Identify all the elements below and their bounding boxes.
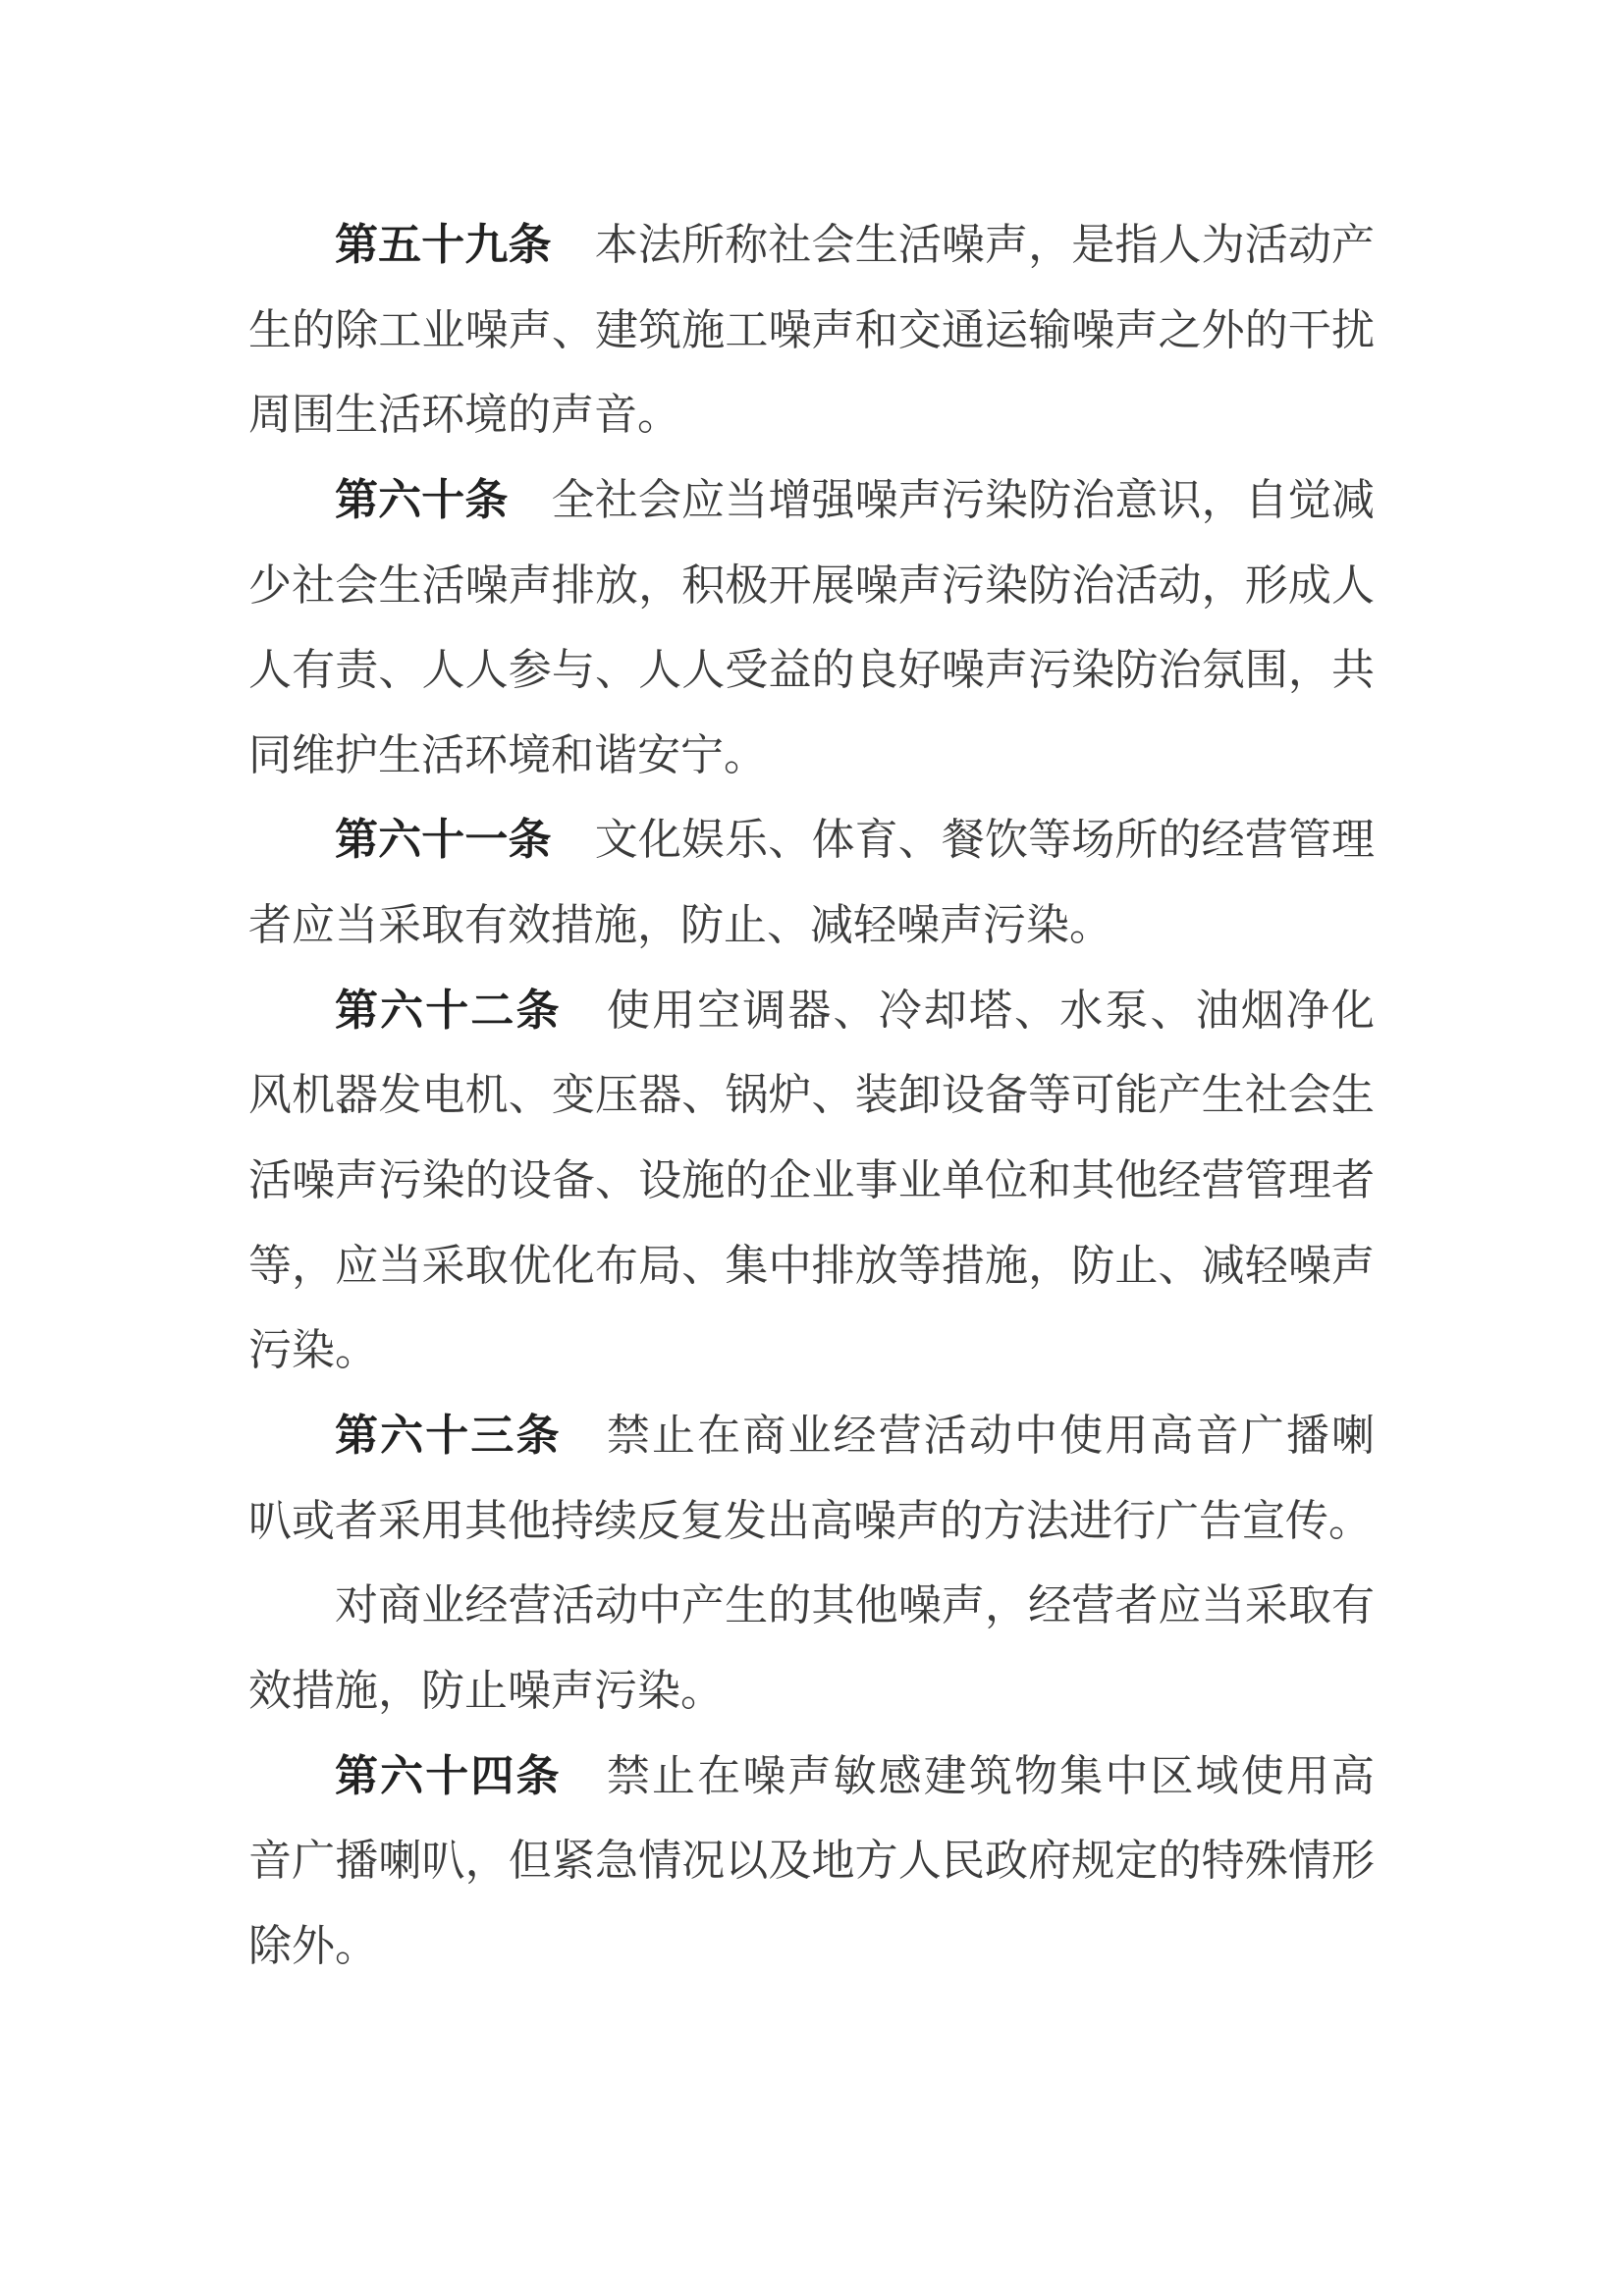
article-number: 第六十一条 xyxy=(335,816,552,864)
line-text: 除外。 xyxy=(248,1922,378,1970)
line-text: 生的除工业噪声、建筑施工噪声和交通运输噪声之外的干扰 xyxy=(248,306,1375,354)
line-text: 人有责、人人参与、人人受益的良好噪声污染防治氛围，共 xyxy=(248,646,1375,694)
text-line: 活噪声污染的设备、设施的企业事业单位和其他经营管理者 xyxy=(248,1139,1375,1224)
text-line: 少社会生活噪声排放，积极开展噪声污染防治活动，形成人 xyxy=(248,544,1375,629)
line-text: 全社会应当增强噪声污染防治意识，自觉减 xyxy=(509,476,1375,524)
line-text: 禁止在商业经营活动中使用高音广播喇 xyxy=(562,1412,1375,1460)
text-line: 第六十一条 文化娱乐、体育、餐饮等场所的经营管理 xyxy=(248,798,1375,883)
article-number: 第五十九条 xyxy=(335,221,552,269)
line-text: 污染。 xyxy=(248,1326,378,1374)
line-text: 对商业经营活动中产生的其他噪声，经营者应当采取有 xyxy=(335,1581,1375,1629)
law-text-block: 第五十九条 本法所称社会生活噪声，是指人为活动产生的除工业噪声、建筑施工噪声和交… xyxy=(0,0,1624,1989)
text-line: 叭或者采用其他持续反复发出高噪声的方法进行广告宣传。 xyxy=(248,1479,1375,1565)
line-text: 效措施，防止噪声污染。 xyxy=(248,1667,724,1715)
text-line: 污染。 xyxy=(248,1308,1375,1394)
text-line: 人有责、人人参与、人人受益的良好噪声污染防治氛围，共 xyxy=(248,628,1375,714)
line-text: 少社会生活噪声排放，积极开展噪声污染防治活动，形成人 xyxy=(248,561,1375,610)
text-line: 除外。 xyxy=(248,1904,1375,1990)
line-text: 等，应当采取优化布局、集中排放等措施，防止、减轻噪声 xyxy=(248,1242,1375,1290)
text-line: 等，应当采取优化布局、集中排放等措施，防止、减轻噪声 xyxy=(248,1224,1375,1309)
line-text: 同维护生活环境和谐安宁。 xyxy=(248,731,767,779)
text-line: 者应当采取有效措施，防止、减轻噪声污染。 xyxy=(248,883,1375,969)
line-text: 本法所称社会生活噪声，是指人为活动产 xyxy=(552,221,1375,269)
text-line: 效措施，防止噪声污染。 xyxy=(248,1649,1375,1735)
article-number: 第六十三条 xyxy=(335,1412,562,1460)
line-text: 风机、发电机、变压器、锅炉、装卸设备等可能产生社会生 xyxy=(248,1071,1375,1119)
line-text: 活噪声污染的设备、设施的企业事业单位和其他经营管理者 xyxy=(248,1156,1375,1204)
text-line: 第五十九条 本法所称社会生活噪声，是指人为活动产 xyxy=(248,203,1375,289)
text-line: 对商业经营活动中产生的其他噪声，经营者应当采取有 xyxy=(248,1564,1375,1649)
article-number: 第六十四条 xyxy=(335,1752,562,1800)
line-text: 叭或者采用其他持续反复发出高噪声的方法进行广告宣传。 xyxy=(248,1497,1372,1545)
line-text: 音广播喇叭，但紧急情况以及地方人民政府规定的特殊情形 xyxy=(248,1837,1375,1885)
text-line: 同维护生活环境和谐安宁。 xyxy=(248,714,1375,799)
text-line: 第六十条 全社会应当增强噪声污染防治意识，自觉减 xyxy=(248,458,1375,544)
line-text: 者应当采取有效措施，防止、减轻噪声污染。 xyxy=(248,901,1112,949)
article-number: 第六十二条 xyxy=(335,987,562,1035)
text-line: 音广播喇叭，但紧急情况以及地方人民政府规定的特殊情形 xyxy=(248,1819,1375,1904)
text-line: 第六十四条 禁止在噪声敏感建筑物集中区域使用高 xyxy=(248,1735,1375,1820)
text-line: 第六十三条 禁止在商业经营活动中使用高音广播喇 xyxy=(248,1394,1375,1479)
line-text: 文化娱乐、体育、餐饮等场所的经营管理 xyxy=(552,816,1375,864)
line-text: 禁止在噪声敏感建筑物集中区域使用高 xyxy=(562,1752,1375,1800)
document-page: 第五十九条 本法所称社会生活噪声，是指人为活动产生的除工业噪声、建筑施工噪声和交… xyxy=(0,0,1624,2296)
text-line: 风机、发电机、变压器、锅炉、装卸设备等可能产生社会生 xyxy=(248,1053,1375,1139)
text-line: 第六十二条 使用空调器、冷却塔、水泵、油烟净化器、 xyxy=(248,969,1375,1054)
text-line: 生的除工业噪声、建筑施工噪声和交通运输噪声之外的干扰 xyxy=(248,289,1375,374)
article-number: 第六十条 xyxy=(335,476,509,524)
text-line: 周围生活环境的声音。 xyxy=(248,373,1375,458)
line-text: 周围生活环境的声音。 xyxy=(248,391,680,439)
